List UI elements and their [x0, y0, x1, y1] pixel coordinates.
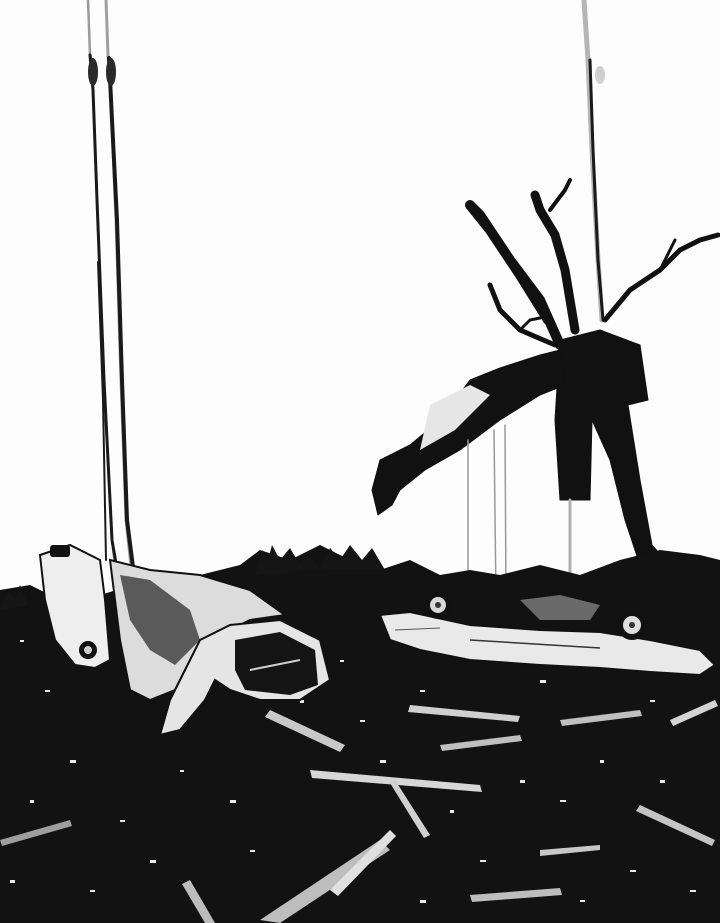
painting-illustration: [0, 0, 720, 923]
painting-canvas: Monochrome ink painting of a disaster af…: [0, 0, 720, 923]
debris-field: [0, 545, 720, 923]
